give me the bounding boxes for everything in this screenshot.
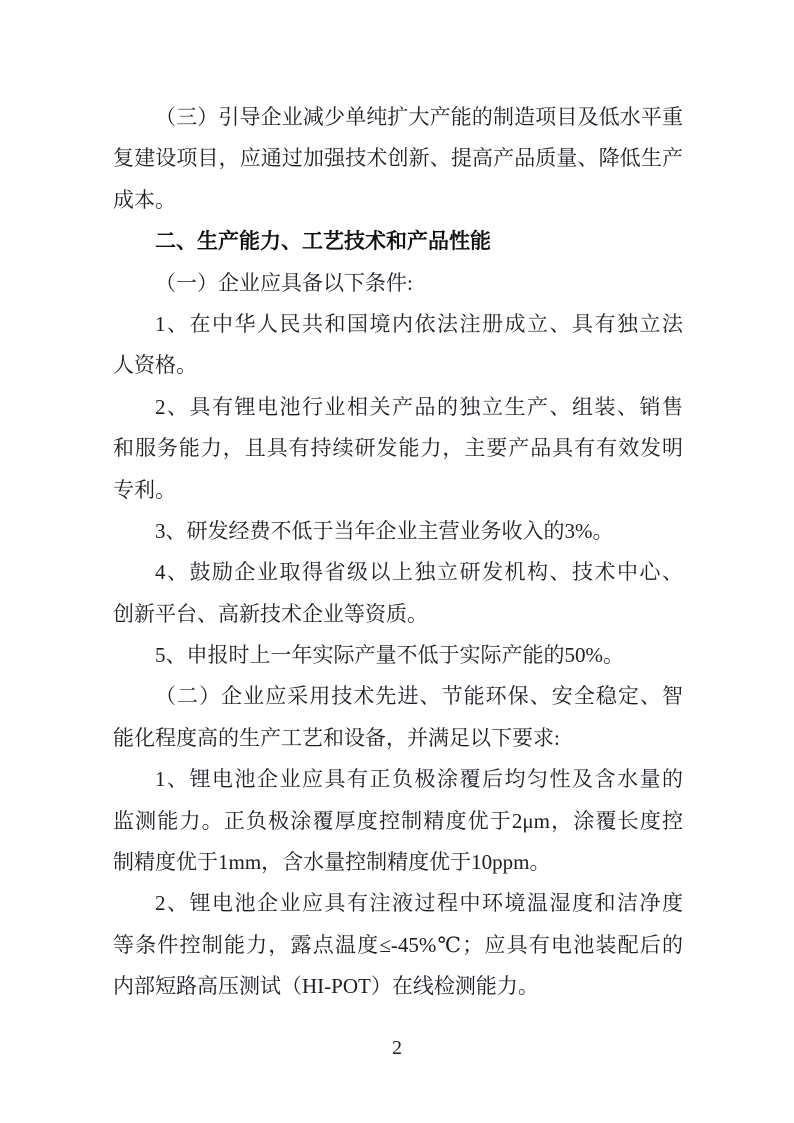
text-line: 专利。 [113, 470, 683, 511]
text-line: 内部短路高压测试（HI-POT）在线检测能力。 [113, 966, 683, 1007]
text-line: （二）企业应采用技术先进、节能环保、安全稳定、智 [113, 676, 683, 717]
document-body: （三）引导企业减少单纯扩大产能的制造项目及低水平重复建设项目，应通过加强技术创新… [113, 97, 683, 1008]
text-line: 复建设项目，应通过加强技术创新、提高产品质量、降低生产 [113, 138, 683, 179]
text-line: 2、锂电池企业应具有注液过程中环境温湿度和洁净度 [113, 883, 683, 924]
document-page: （三）引导企业减少单纯扩大产能的制造项目及低水平重复建设项目，应通过加强技术创新… [0, 0, 794, 1123]
text-line: 等条件控制能力，露点温度≤-45%℃；应具有电池装配后的 [113, 925, 683, 966]
text-line: 创新平台、高新技术企业等资质。 [113, 594, 683, 635]
text-line: 人资格。 [113, 345, 683, 386]
text-line: 5、申报时上一年实际产量不低于实际产能的50%。 [113, 635, 683, 676]
text-line: 4、鼓励企业取得省级以上独立研发机构、技术中心、 [113, 552, 683, 593]
text-line: 2、具有锂电池行业相关产品的独立生产、组装、销售 [113, 387, 683, 428]
text-line: 3、研发经费不低于当年企业主营业务收入的3%。 [113, 511, 683, 552]
page-number: 2 [0, 1036, 794, 1060]
text-line: 制精度优于1mm，含水量控制精度优于10ppm。 [113, 842, 683, 883]
text-line: 监测能力。正负极涂覆厚度控制精度优于2μm，涂覆长度控 [113, 801, 683, 842]
section-heading: 二、生产能力、工艺技术和产品性能 [113, 221, 683, 262]
text-line: （一）企业应具备以下条件: [113, 263, 683, 304]
text-line: 1、在中华人民共和国境内依法注册成立、具有独立法 [113, 304, 683, 345]
text-line: 和服务能力，且具有持续研发能力，主要产品具有有效发明 [113, 428, 683, 469]
text-line: （三）引导企业减少单纯扩大产能的制造项目及低水平重 [113, 97, 683, 138]
text-line: 能化程度高的生产工艺和设备，并满足以下要求: [113, 718, 683, 759]
text-line: 成本。 [113, 180, 683, 221]
text-line: 1、锂电池企业应具有正负极涂覆后均匀性及含水量的 [113, 759, 683, 800]
